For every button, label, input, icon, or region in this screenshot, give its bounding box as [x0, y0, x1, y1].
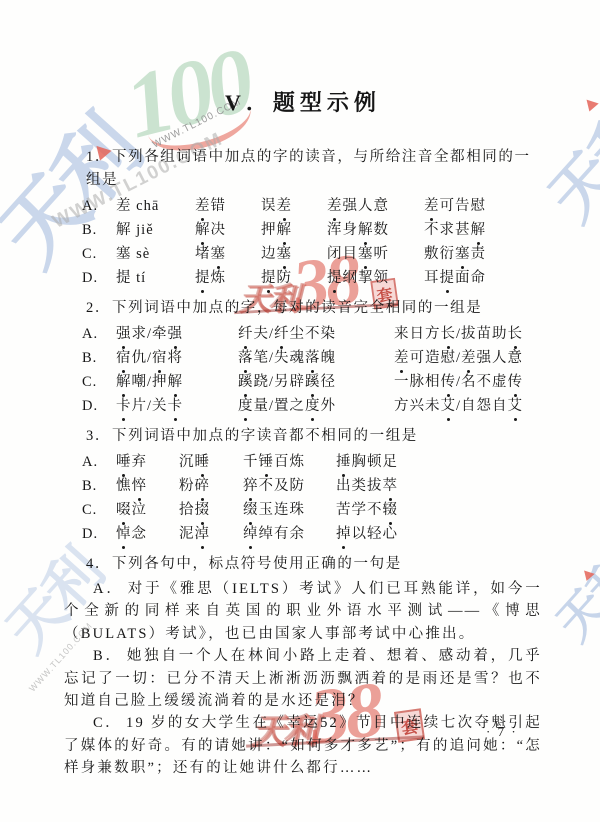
char: 蹊 — [305, 370, 321, 394]
char: s — [136, 242, 143, 266]
char: 胸 — [352, 450, 368, 474]
char: 余 — [290, 522, 306, 546]
char: 求 — [132, 322, 148, 346]
char: 捶 — [336, 450, 352, 474]
word-item: 敷衍塞责 — [424, 242, 542, 266]
char: 边 — [261, 242, 277, 266]
char: 宿 — [152, 346, 168, 370]
char: 念 — [132, 522, 148, 546]
char: 命 — [471, 266, 487, 290]
char: 及 — [274, 474, 290, 498]
word-item: 差可告慰 — [424, 194, 542, 218]
word-item: 堵塞 — [195, 242, 261, 266]
word-item: 掉以轻心 — [336, 522, 542, 546]
char: 造 — [425, 346, 441, 370]
char: 艾 — [508, 394, 524, 418]
char: 尘 — [290, 322, 306, 346]
word-item: 塞 sè — [116, 242, 195, 266]
char: 锤 — [259, 450, 275, 474]
char: 染 — [321, 322, 337, 346]
char: 人 — [492, 346, 508, 370]
char: 悼 — [116, 522, 132, 546]
char: 自 — [492, 394, 508, 418]
char: í — [141, 266, 146, 290]
char: 片 — [132, 394, 148, 418]
char: 萃 — [383, 474, 399, 498]
option-label: A． — [93, 581, 124, 597]
word-item: 不求甚解 — [424, 218, 542, 242]
scanned-exam-page: 天利 100 WWW.TL100.COM WWW.TL100.COM 天利 天利… — [0, 0, 600, 822]
word-item: 捶胸顿足 — [336, 450, 542, 474]
char: 睡 — [195, 450, 211, 474]
question-number: 2． — [86, 297, 112, 320]
char: 方 — [394, 394, 410, 418]
char: 嘲 — [132, 370, 148, 394]
char: 有 — [274, 522, 290, 546]
char: h — [144, 194, 152, 218]
char: 泣 — [132, 498, 148, 522]
char: 强 — [116, 322, 132, 346]
char: 解 — [358, 218, 374, 242]
char: 长 — [508, 322, 524, 346]
option-label: C. — [82, 242, 116, 266]
question-stem: 3．下列词语中加点的字读音都不相同的一组是 — [64, 425, 542, 448]
option-text: 她独自一个人在林间小路上走着、想着、感动着，几乎忘记了一切：已分不清天上淅淅沥沥… — [64, 648, 542, 709]
word-item: 来日方长/拔苗助长 — [394, 322, 542, 346]
word-item: 提纲挈领 — [327, 266, 424, 290]
char: 解 — [116, 218, 132, 242]
char: 百 — [274, 450, 290, 474]
char: 学 — [352, 498, 368, 522]
char: 提 — [261, 266, 277, 290]
word-item: 纤夫/纤尘不染 — [238, 322, 394, 346]
word-item: 卡片/关卡 — [116, 394, 238, 418]
char: 决 — [211, 218, 227, 242]
option-label: C. — [82, 370, 116, 394]
char: è — [143, 242, 150, 266]
char: 绰 — [243, 522, 259, 546]
char: 助 — [492, 322, 508, 346]
question-stem: 4．下列各句中，标点符号使用正确的一句是 — [64, 553, 542, 576]
question-block: 1．下列各组词语中加点的字的读音，与所给注音全都相同的一组是A.差 chā差错误… — [64, 146, 542, 290]
option-row: B.解 jiě解决押解浑身解数不求甚解 — [64, 218, 542, 242]
option-label: B． — [93, 648, 123, 664]
char: 不 — [367, 498, 383, 522]
char: 另 — [274, 370, 290, 394]
char: 炼 — [290, 450, 306, 474]
char: 掉 — [336, 522, 352, 546]
char: 唾 — [116, 450, 132, 474]
char: 差 — [461, 346, 477, 370]
char: 强 — [477, 346, 493, 370]
char: 慰 — [441, 346, 457, 370]
char: 绰 — [259, 522, 275, 546]
word-item: 浑身解数 — [327, 218, 424, 242]
char: 出 — [336, 474, 352, 498]
char: 之 — [290, 394, 306, 418]
char: 魂 — [290, 346, 306, 370]
char: ā — [152, 194, 159, 218]
char: 牵 — [152, 322, 168, 346]
char: 以 — [352, 522, 368, 546]
option-label: C. — [82, 498, 116, 522]
char: 置 — [274, 394, 290, 418]
word-item: 提 tí — [116, 266, 195, 290]
option-label: D. — [82, 394, 116, 418]
char: 落 — [238, 346, 254, 370]
char: 塞 — [277, 242, 293, 266]
option-row: C.塞 sè堵塞边塞闭目塞听敷衍塞责 — [64, 242, 542, 266]
option-paragraph: C．19 岁的女大学生在《幸运52》节目中连续七次夺魁引起了媒体的好奇。有的请她… — [64, 712, 542, 779]
char: 猝 — [243, 474, 259, 498]
char: 不 — [259, 474, 275, 498]
char: 量 — [254, 394, 270, 418]
question-number: 3． — [86, 425, 112, 448]
char: 玉 — [259, 498, 275, 522]
option-label: D. — [82, 522, 116, 546]
word-item: 沉睡 — [179, 450, 243, 474]
question-number: 1． — [86, 146, 112, 169]
word-item: 差错 — [195, 194, 261, 218]
char: 差 — [424, 194, 440, 218]
char: 提 — [327, 266, 343, 290]
word-item: 耳提面命 — [424, 266, 542, 290]
question-stem: 2．下列词语中加点的字，每对的读音完全相同的一组是 — [64, 297, 542, 320]
word-item: 提防 — [261, 266, 327, 290]
question-block: 2．下列词语中加点的字，每对的读音完全相同的一组是A.强求/牵强纤夫/纤尘不染来… — [64, 297, 542, 418]
option-paragraph: A．对于《雅思（IELTS）考试》人们已耳熟能详，如今一个全新的同样来自英国的职… — [64, 578, 542, 645]
char: 差 — [327, 194, 343, 218]
char: 失 — [274, 346, 290, 370]
word-item: 泥淖 — [179, 522, 243, 546]
char: 求 — [440, 218, 456, 242]
char: 传 — [441, 370, 457, 394]
char: ě — [146, 218, 153, 242]
word-item: 解 jiě — [116, 218, 195, 242]
char: 敷 — [424, 242, 440, 266]
char: 衍 — [440, 242, 456, 266]
word-item: 方兴未艾/自怨自艾 — [394, 394, 542, 418]
option-row: A.唾弃沉睡千锤百炼捶胸顿足 — [64, 450, 542, 474]
option-row: D.悼念泥淖绰绰有余掉以轻心 — [64, 522, 542, 546]
char: 宿 — [116, 346, 132, 370]
char: 轻 — [367, 522, 383, 546]
word-item: 出类拔萃 — [336, 474, 542, 498]
char: 纲 — [343, 266, 359, 290]
question-stem-text: 下列词语中加点的字读音都不相同的一组是 — [112, 428, 418, 444]
char: 解 — [277, 218, 293, 242]
page-number: · 7 · — [486, 724, 518, 740]
word-item: 强求/牵强 — [116, 322, 238, 346]
char: 塞 — [211, 242, 227, 266]
word-item: 一脉相传/名不虚传 — [394, 370, 542, 394]
char: 类 — [352, 474, 368, 498]
char: 笔 — [254, 346, 270, 370]
option-row: B.憔悴粉碎猝不及防出类拔萃 — [64, 474, 542, 498]
char: 差 — [195, 194, 211, 218]
char: 外 — [321, 394, 337, 418]
char: c — [136, 194, 143, 218]
char: 魄 — [321, 346, 337, 370]
char: 悴 — [132, 474, 148, 498]
char: 足 — [383, 450, 399, 474]
char: 苗 — [477, 322, 493, 346]
word-item: 差强人意 — [327, 194, 424, 218]
char: 差 — [394, 346, 410, 370]
word-item: 蹊跷/另辟蹊径 — [238, 370, 394, 394]
char: 强 — [168, 322, 184, 346]
question-stem-text: 下列各组词语中加点的字的读音，与所给注音全都相同的一组是 — [86, 149, 531, 188]
char: 怨 — [477, 394, 493, 418]
char: 数 — [374, 218, 390, 242]
word-item: 差 chā — [116, 194, 195, 218]
char: 炼 — [211, 266, 227, 290]
char: 弃 — [132, 450, 148, 474]
char: 误 — [261, 194, 277, 218]
char: 责 — [471, 242, 487, 266]
char: 度 — [305, 394, 321, 418]
char: 夫 — [254, 322, 270, 346]
char: 关 — [152, 394, 168, 418]
char: 蹊 — [238, 370, 254, 394]
word-item: 苦学不辍 — [336, 498, 542, 522]
char: 防 — [290, 474, 306, 498]
question-stem: 1．下列各组词语中加点的字的读音，与所给注音全都相同的一组是 — [64, 146, 542, 192]
char: 解 — [168, 370, 184, 394]
char: 纤 — [238, 322, 254, 346]
char: 解 — [116, 370, 132, 394]
word-item: 解嘲/押解 — [116, 370, 238, 394]
option-row: D.提 tí提炼提防提纲挈领耳提面命 — [64, 266, 542, 290]
char: 缀 — [243, 498, 259, 522]
char: 押 — [152, 370, 168, 394]
word-item: 唾弃 — [116, 450, 179, 474]
question-block: 3．下列词语中加点的字读音都不相同的一组是A.唾弃沉睡千锤百炼捶胸顿足B.憔悴粉… — [64, 425, 542, 546]
char: 辟 — [290, 370, 306, 394]
char: 日 — [410, 322, 426, 346]
word-item: 绰绰有余 — [243, 522, 336, 546]
page-content: V．题型示例 1．下列各组词语中加点的字的读音，与所给注音全都相同的一组是A.差… — [0, 0, 600, 780]
char: 解 — [471, 218, 487, 242]
char: 沉 — [179, 450, 195, 474]
char: 心 — [383, 522, 399, 546]
question-stem-text: 下列各句中，标点符号使用正确的一句是 — [112, 556, 402, 572]
char: 自 — [461, 394, 477, 418]
word-item: 解决 — [195, 218, 261, 242]
char: 浑 — [327, 218, 343, 242]
char: 提 — [440, 266, 456, 290]
char: 意 — [374, 194, 390, 218]
word-item: 千锤百炼 — [243, 450, 336, 474]
option-row: C.啜泣拾掇缀玉连珠苦学不辍 — [64, 498, 542, 522]
char: 拔 — [461, 322, 477, 346]
word-item: 度量/置之度外 — [238, 394, 394, 418]
char: 可 — [440, 194, 456, 218]
char: 塞 — [455, 242, 471, 266]
char: 解 — [195, 218, 211, 242]
word-item: 押解 — [261, 218, 327, 242]
option-row: C.解嘲/押解蹊跷/另辟蹊径一脉相传/名不虚传 — [64, 370, 542, 394]
char: 辍 — [383, 498, 399, 522]
option-row: D.卡片/关卡度量/置之度外方兴未艾/自怨自艾 — [64, 394, 542, 418]
char: 未 — [425, 394, 441, 418]
char: 慰 — [471, 194, 487, 218]
char: 拾 — [179, 498, 195, 522]
page-title: V．题型示例 — [64, 88, 542, 118]
word-item: 啜泣 — [116, 498, 179, 522]
char: 名 — [461, 370, 477, 394]
char: 甚 — [455, 218, 471, 242]
option-text: 19 岁的女大学生在《幸运52》节目中连续七次夺魁引起了媒体的好奇。有的请她讲：… — [64, 715, 542, 776]
char: 啜 — [116, 498, 132, 522]
char: 领 — [374, 266, 390, 290]
char: 挈 — [358, 266, 374, 290]
char: 塞 — [358, 242, 374, 266]
word-item: 闭目塞听 — [327, 242, 424, 266]
char: 听 — [374, 242, 390, 266]
option-label: A. — [82, 450, 116, 474]
word-item: 拾掇 — [179, 498, 243, 522]
word-item: 粉碎 — [179, 474, 243, 498]
char: 粉 — [179, 474, 195, 498]
char: 珠 — [290, 498, 306, 522]
char: 碎 — [195, 474, 211, 498]
char: 面 — [455, 266, 471, 290]
question-number: 4． — [86, 553, 112, 576]
char: 度 — [238, 394, 254, 418]
char: 不 — [477, 370, 493, 394]
word-item: 缀玉连珠 — [243, 498, 336, 522]
char: 径 — [321, 370, 337, 394]
char: 仇 — [132, 346, 148, 370]
option-label: B. — [82, 474, 116, 498]
char: 淖 — [195, 522, 211, 546]
char: 艾 — [441, 394, 457, 418]
char: 掇 — [195, 498, 211, 522]
word-item: 猝不及防 — [243, 474, 336, 498]
char: 堵 — [195, 242, 211, 266]
char: 拔 — [367, 474, 383, 498]
word-item: 悼念 — [116, 522, 179, 546]
option-label: B. — [82, 218, 116, 242]
char: 身 — [343, 218, 359, 242]
char: 脉 — [410, 370, 426, 394]
option-label: A. — [82, 322, 116, 346]
char: 顿 — [367, 450, 383, 474]
char: 不 — [424, 218, 440, 242]
char: 差 — [116, 194, 132, 218]
char: 目 — [343, 242, 359, 266]
char: 落 — [305, 346, 321, 370]
question-stem-text: 下列词语中加点的字，每对的读音完全相同的一组是 — [112, 300, 482, 316]
questions: 1．下列各组词语中加点的字的读音，与所给注音全都相同的一组是A.差 chā差错误… — [64, 146, 542, 780]
char: 传 — [508, 370, 524, 394]
char: 虚 — [492, 370, 508, 394]
char: 防 — [277, 266, 293, 290]
char: 憔 — [116, 474, 132, 498]
char: 相 — [425, 370, 441, 394]
char: 苦 — [336, 498, 352, 522]
char: 泥 — [179, 522, 195, 546]
char: 千 — [243, 450, 259, 474]
char: 纤 — [274, 322, 290, 346]
option-row: B.宿仇/宿将落笔/失魂落魄差可造慰/差强人意 — [64, 346, 542, 370]
char: 差 — [277, 194, 293, 218]
question-block: 4．下列各句中，标点符号使用正确的一句是A．对于《雅思（IELTS）考试》人们已… — [64, 553, 542, 780]
char: 不 — [305, 322, 321, 346]
char: 跷 — [254, 370, 270, 394]
option-row: A.强求/牵强纤夫/纤尘不染来日方长/拔苗助长 — [64, 322, 542, 346]
char: 兴 — [410, 394, 426, 418]
word-item: 差可造慰/差强人意 — [394, 346, 542, 370]
char: 人 — [358, 194, 374, 218]
word-item: 憔悴 — [116, 474, 179, 498]
option-label: C． — [93, 715, 122, 731]
word-item: 宿仇/宿将 — [116, 346, 238, 370]
char: 错 — [211, 194, 227, 218]
option-label: B. — [82, 346, 116, 370]
option-label: D. — [82, 266, 116, 290]
char: 方 — [425, 322, 441, 346]
option-paragraph: B．她独自一个人在林间小路上走着、想着、感动着，几乎忘记了一切：已分不清天上淅淅… — [64, 645, 542, 712]
char: 押 — [261, 218, 277, 242]
option-label: A. — [82, 194, 116, 218]
char: 强 — [343, 194, 359, 218]
word-item: 提炼 — [195, 266, 261, 290]
char: 一 — [394, 370, 410, 394]
word-item: 误差 — [261, 194, 327, 218]
char: 意 — [508, 346, 524, 370]
word-item: 落笔/失魂落魄 — [238, 346, 394, 370]
char: 耳 — [424, 266, 440, 290]
char: 提 — [195, 266, 211, 290]
char: 连 — [274, 498, 290, 522]
char: 闭 — [327, 242, 343, 266]
char: 提 — [116, 266, 132, 290]
option-row: A.差 chā差错误差差强人意差可告慰 — [64, 194, 542, 218]
option-text: 对于《雅思（IELTS）考试》人们已耳熟能详，如今一个全新的同样来自英国的职业外… — [64, 581, 542, 642]
char: 来 — [394, 322, 410, 346]
char: 塞 — [116, 242, 132, 266]
char: 告 — [455, 194, 471, 218]
char: 卡 — [168, 394, 184, 418]
char: 可 — [410, 346, 426, 370]
char: 卡 — [116, 394, 132, 418]
char: 长 — [441, 322, 457, 346]
char: 将 — [168, 346, 184, 370]
word-item: 边塞 — [261, 242, 327, 266]
